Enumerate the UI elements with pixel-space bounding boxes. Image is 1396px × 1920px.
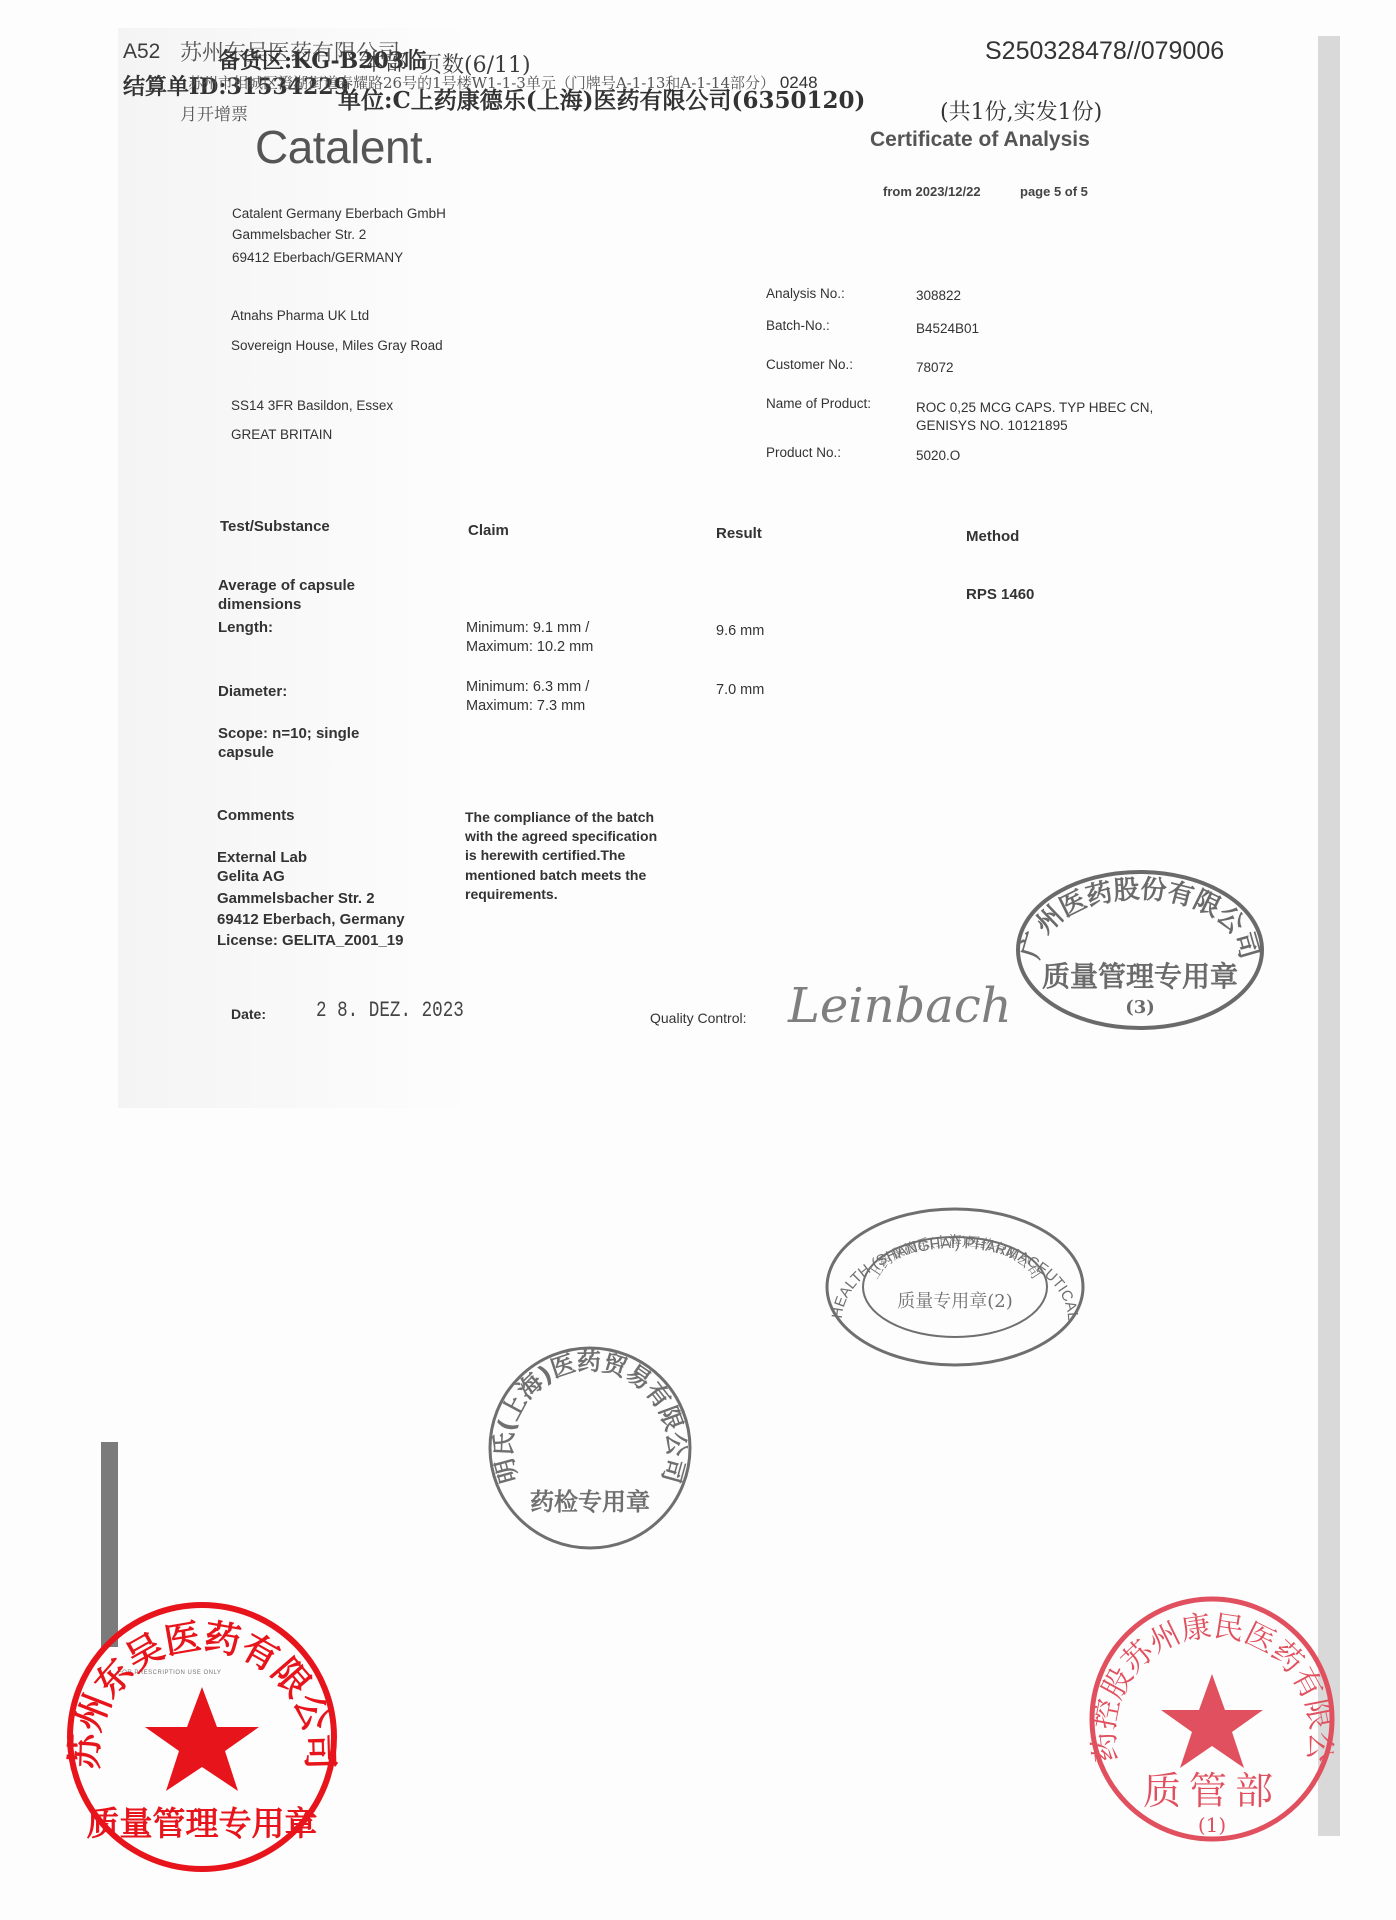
col-header-result: Result xyxy=(716,525,762,542)
stamp-sph-kdl-ring-cn: 上药康德乐(上海)医药有限公司 xyxy=(867,1234,1042,1282)
external-lab-line: 69412 Eberbach, Germany xyxy=(217,910,405,929)
row-claim-min: Minimum: 9.1 mm / xyxy=(466,619,589,637)
product-name-value-2: GENISYS NO. 10121895 xyxy=(916,418,1068,433)
catalent-logo: Catalent. xyxy=(255,120,435,174)
stamp-guangzhou-ring: 广州医药股份有限公司 xyxy=(1016,875,1264,963)
recipient-line: Sovereign House, Miles Gray Road xyxy=(231,338,443,353)
stamp-kangmin-center: 质管部 xyxy=(1143,1769,1281,1813)
date-label: Date: xyxy=(231,1006,266,1022)
stamp-guangzhou-center: 质量管理专用章 xyxy=(1042,960,1238,993)
recipient-line: GREAT BRITAIN xyxy=(231,427,332,442)
recipient-line: Atnahs Pharma UK Ltd xyxy=(231,308,369,323)
group-title: Average of capsule dimensions xyxy=(218,576,388,614)
star-icon xyxy=(1161,1674,1263,1768)
scope-note: Scope: n=10; single capsule xyxy=(218,724,388,762)
row-test: Diameter: xyxy=(218,682,287,701)
header-code: A52 xyxy=(123,40,160,64)
row-claim-min: Minimum: 6.3 mm / xyxy=(466,678,589,696)
scan-edge-right xyxy=(1318,36,1340,1836)
method-value: RPS 1460 xyxy=(966,585,1034,604)
product-name-label: Name of Product: xyxy=(766,396,871,411)
comment-line: The compliance of the batch xyxy=(465,808,654,826)
external-lab-line: Gelita AG xyxy=(217,867,285,886)
svg-text:明氏(上海)医药贸易有限公司: 明氏(上海)医药贸易有限公司 xyxy=(490,1348,691,1486)
external-lab-line: License: GELITA_Z001_19 xyxy=(217,931,403,950)
row-claim-max: Maximum: 7.3 mm xyxy=(466,697,585,715)
customer-no-label: Customer No.: xyxy=(766,357,853,372)
issuer-line: 69412 Eberbach/GERMANY xyxy=(232,250,403,265)
stamp-dongwu-center: 质量管理专用章 xyxy=(87,1804,318,1843)
batch-no-value: B4524B01 xyxy=(916,321,979,336)
product-no-label: Product No.: xyxy=(766,445,841,460)
certificate-title: Certificate of Analysis xyxy=(870,128,1090,152)
row-result: 7.0 mm xyxy=(716,681,764,699)
header-copies: (共1份,实发1份) xyxy=(940,95,1102,126)
qc-signature: Leinbach xyxy=(788,978,1012,1034)
star-icon xyxy=(145,1687,259,1791)
stamp-guangzhou: 广州医药股份有限公司 质量管理专用章 (3) xyxy=(1010,858,1270,1038)
header-unit: 单位:C上药康德乐(上海)医药有限公司(6350120) xyxy=(338,82,865,115)
product-no-value: 5020.O xyxy=(916,448,960,463)
logo-text: Catalent xyxy=(255,121,422,173)
stamp-sph-kdl-center: 质量专用章(2) xyxy=(897,1291,1013,1312)
col-header-test: Test/Substance xyxy=(220,518,330,535)
header-serial: S250328478//079006 xyxy=(985,37,1224,66)
stamp-kangmin-num: (1) xyxy=(1198,1813,1226,1837)
analysis-no-label: Analysis No.: xyxy=(766,286,845,301)
qc-label: Quality Control: xyxy=(650,1010,746,1026)
batch-no-label: Batch-No.: xyxy=(766,318,830,333)
external-lab-line: Gammelsbacher Str. 2 xyxy=(217,889,375,908)
stamp-kangmin: 国药控股苏州康民医药有限公司 质管部 (1) xyxy=(1085,1592,1340,1847)
customer-no-value: 78072 xyxy=(916,360,954,375)
comment-line: with the agreed specification xyxy=(465,827,657,845)
certificate-page: page 5 of 5 xyxy=(1020,184,1088,199)
row-test: Length: xyxy=(218,618,273,637)
analysis-no-value: 308822 xyxy=(916,288,961,303)
issuer-line: Catalent Germany Eberbach GmbH xyxy=(232,206,446,221)
svg-text:广州医药股份有限公司: 广州医药股份有限公司 xyxy=(1016,875,1264,963)
stamp-dongwu: 苏州东吴医药有限公司 质量管理专用章 xyxy=(60,1595,345,1880)
header-invoice-note: 月开增票 xyxy=(180,100,248,125)
svg-text:上药康德乐(上海)医药有限公司: 上药康德乐(上海)医药有限公司 xyxy=(867,1234,1042,1282)
stamp-guangzhou-num: (3) xyxy=(1125,997,1155,1018)
col-header-claim: Claim xyxy=(468,522,509,539)
comment-line: is herewith certified.The xyxy=(465,846,625,864)
stamp-trade-ring: 明氏(上海)医药贸易有限公司 xyxy=(490,1348,691,1486)
row-result: 9.6 mm xyxy=(716,622,764,640)
recipient-line: SS14 3FR Basildon, Essex xyxy=(231,398,393,413)
comments-label: Comments xyxy=(217,806,295,825)
stamp-sph-kdl: SPH KDL HEALTH (SHANGHAI) PHARMACEUTICAL… xyxy=(820,1195,1090,1370)
row-claim-max: Maximum: 10.2 mm xyxy=(466,638,593,656)
stamp-trade-center: 药检专用章 xyxy=(530,1488,650,1516)
comment-line: mentioned batch meets the xyxy=(465,866,646,884)
col-header-method: Method xyxy=(966,528,1019,545)
certificate-date: from 2023/12/22 xyxy=(883,184,981,199)
date-stamp: 2 8. DEZ. 2023 xyxy=(316,998,464,1023)
external-lab-line: External Lab xyxy=(217,848,307,867)
comment-line: requirements. xyxy=(465,885,558,903)
stamp-trade: 明氏(上海)医药贸易有限公司 药检专用章 xyxy=(480,1338,700,1558)
product-name-value: ROC 0,25 MCG CAPS. TYP HBEC CN, xyxy=(916,400,1153,415)
issuer-line: Gammelsbacher Str. 2 xyxy=(232,227,366,242)
